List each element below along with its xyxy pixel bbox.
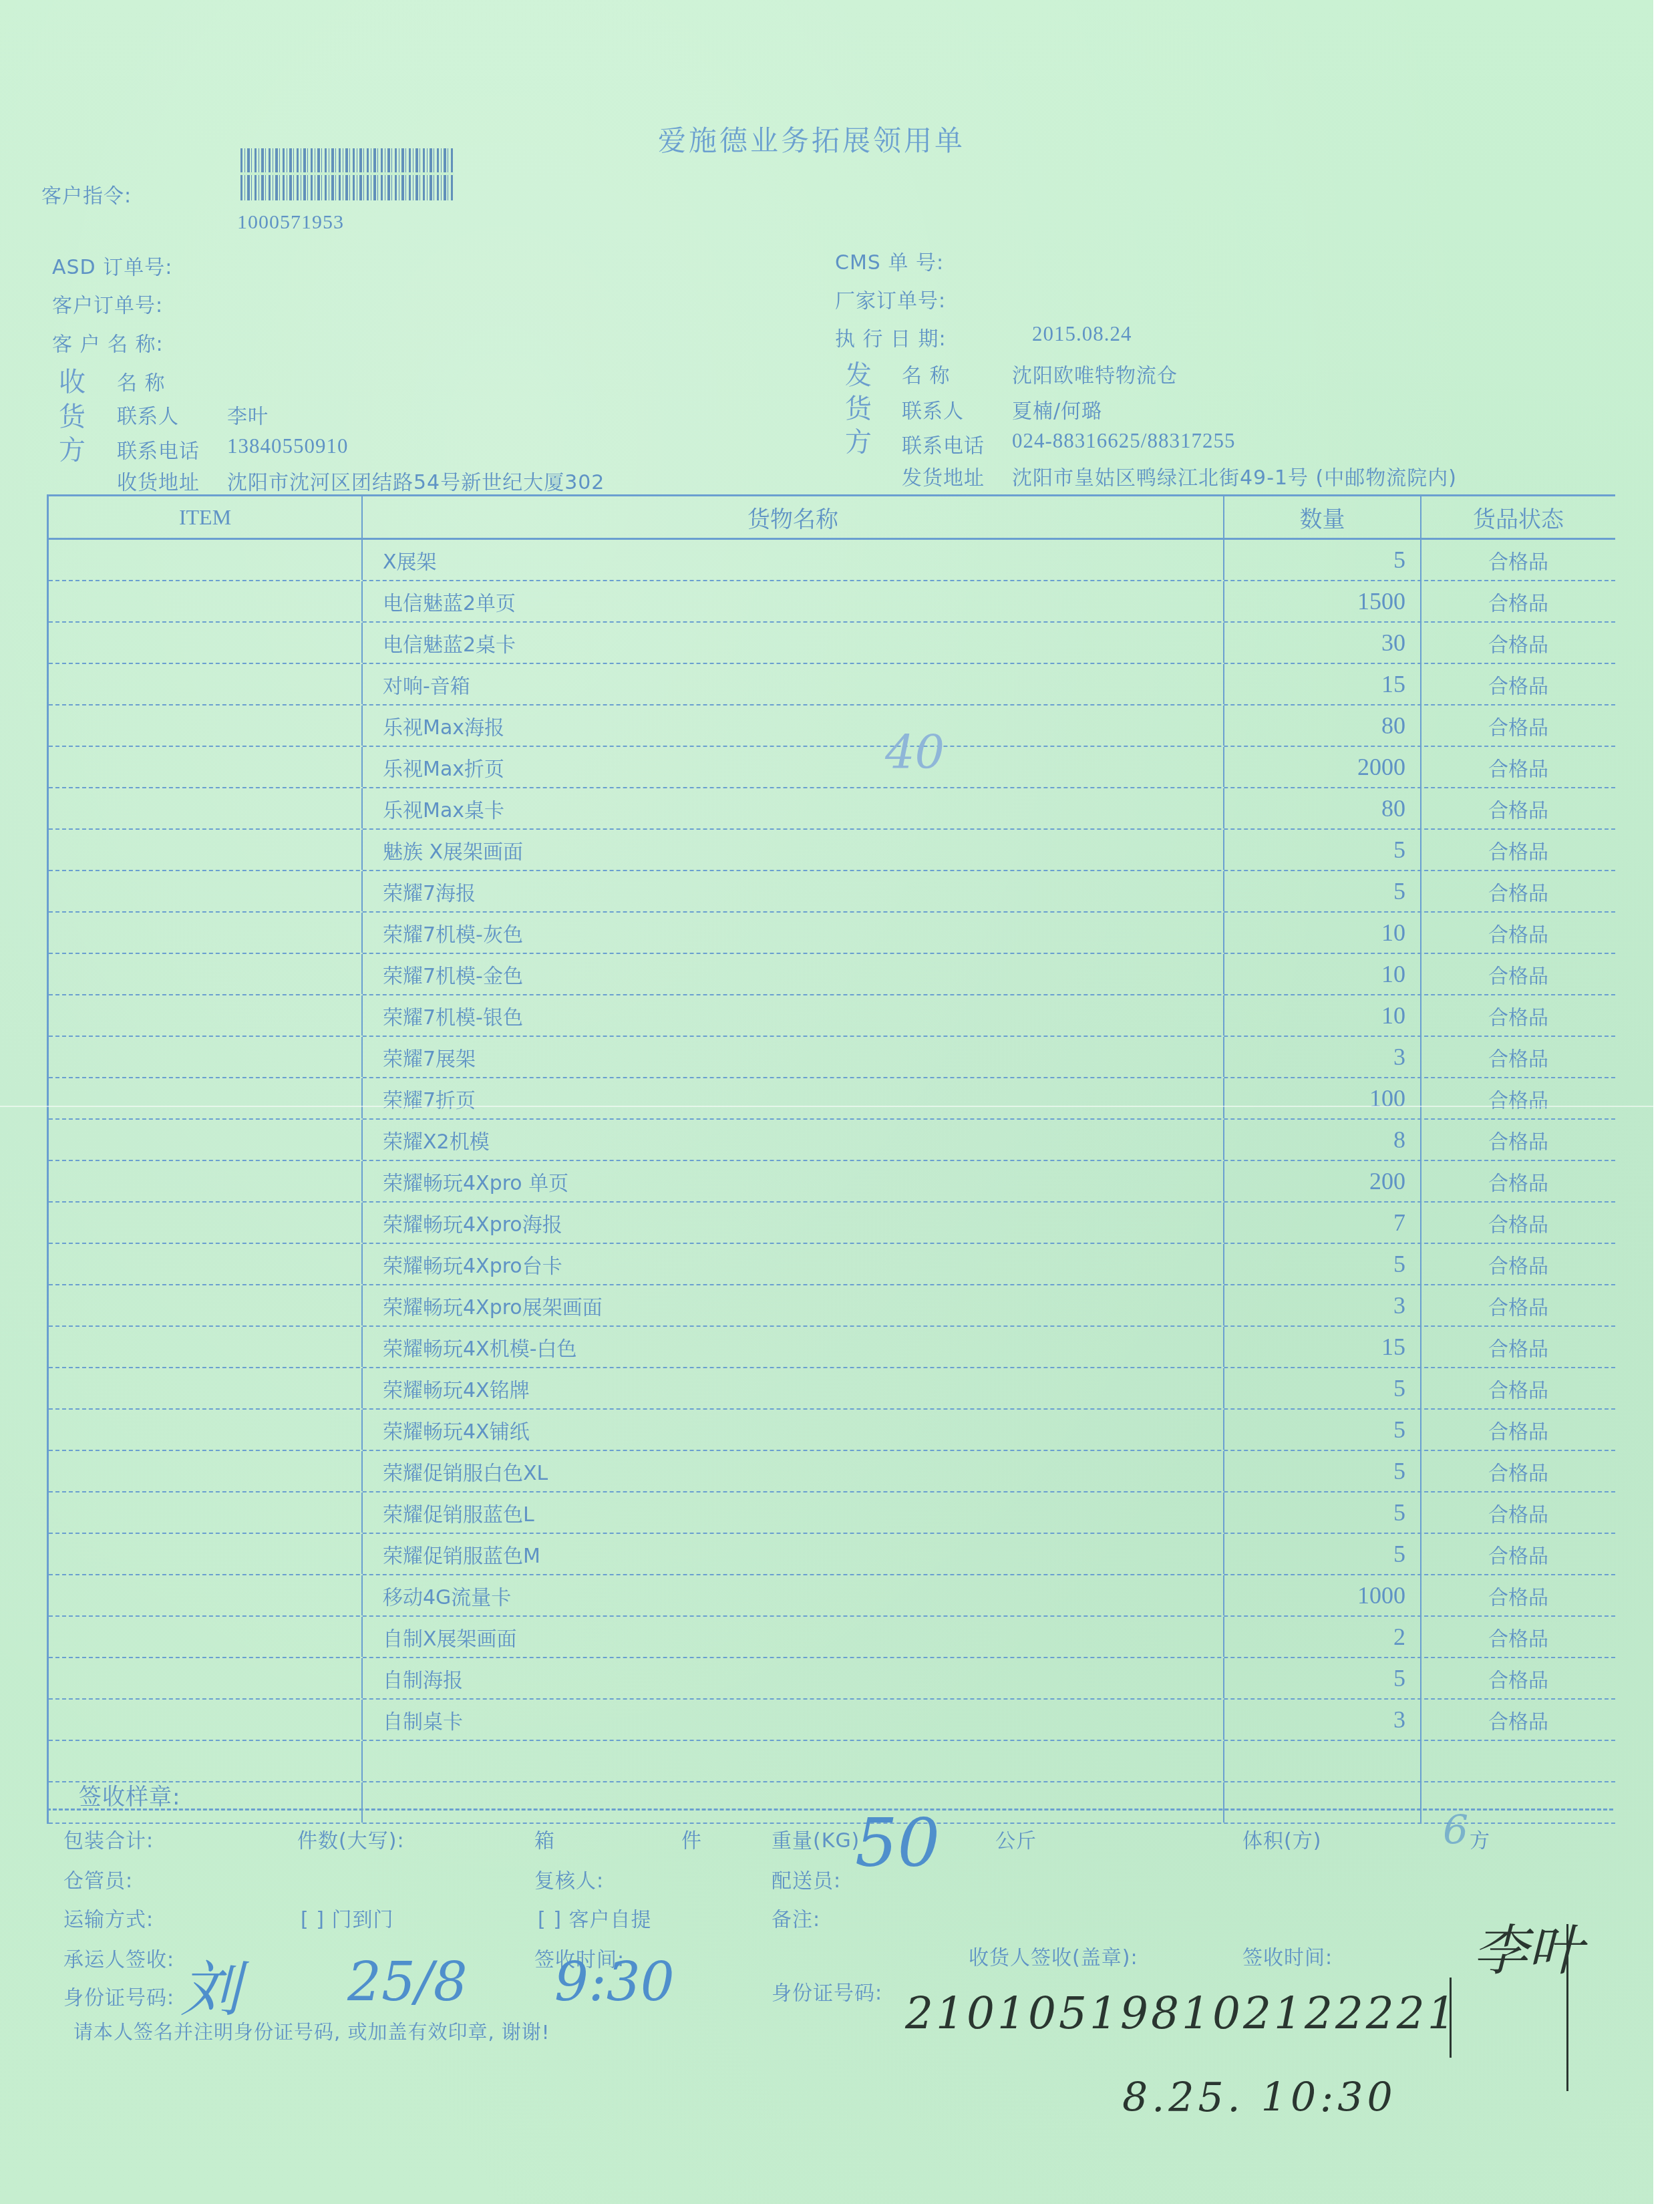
sender-side-char-2: 货 <box>845 387 872 426</box>
receiver-id-handwritten: 210105198102122221 <box>905 1988 1458 2039</box>
package-total-label: 包装合计: <box>63 1824 154 1853</box>
row-status-cell: 合格品 <box>1421 1410 1615 1450</box>
row-status-cell: 合格品 <box>1421 705 1615 746</box>
receiver-phone-label: 联系电话 <box>117 434 200 464</box>
row-qty-cell: 5 <box>1224 1492 1421 1533</box>
pencil-annotation: 40 <box>885 725 945 780</box>
row-qty-cell: 5 <box>1224 1658 1421 1698</box>
table-row: 乐视Max折页2000合格品 <box>49 747 1615 788</box>
table-row: 荣耀7机模-金色10合格品 <box>49 954 1615 995</box>
row-qty-cell: 2000 <box>1224 747 1421 787</box>
sign-notice: 请本人签名并注明身份证号码, 或加盖有效印章, 谢谢! <box>73 2018 550 2045</box>
row-status-cell: 合格品 <box>1421 788 1615 828</box>
row-qty-cell: 100 <box>1224 1078 1421 1118</box>
carrier-id-label: 身份证号码: <box>63 1981 174 2010</box>
table-row: 荣耀畅玩4Xpro海报7合格品 <box>49 1203 1615 1244</box>
row-item-cell <box>49 1575 363 1615</box>
sender-name-label: 名 称 <box>902 359 951 388</box>
sender-side-char-3: 方 <box>845 421 872 459</box>
row-name-cell: 魅族 X展架画面 <box>363 830 1224 870</box>
row-status-cell: 合格品 <box>1421 1120 1615 1160</box>
row-status-cell: 合格品 <box>1421 747 1615 787</box>
row-qty-cell: 8 <box>1224 1120 1421 1160</box>
row-item-cell <box>49 871 363 911</box>
table-row: 电信魅蓝2单页1500合格品 <box>49 581 1615 623</box>
row-item-cell <box>49 1534 363 1574</box>
row-name-cell: 自制海报 <box>363 1658 1224 1698</box>
row-qty-cell: 10 <box>1224 995 1421 1036</box>
table-row: 荣耀7海报5合格品 <box>49 871 1615 913</box>
row-status-cell: 合格品 <box>1421 871 1615 911</box>
row-name-cell: 荣耀7海报 <box>363 871 1224 911</box>
row-name-cell: 乐视Max桌卡 <box>363 788 1224 828</box>
row-status-cell: 合格品 <box>1421 1161 1615 1201</box>
weight-unit: 公斤 <box>995 1824 1037 1853</box>
row-name-cell: 荣耀促销服白色XL <box>363 1451 1224 1491</box>
row-status-cell: 合格品 <box>1421 1617 1615 1657</box>
weight-value-handwritten: 50 <box>855 1804 940 1882</box>
transport-option-door[interactable]: [ ] 门到门 <box>301 1903 393 1932</box>
row-name-cell: 自制桌卡 <box>363 1700 1224 1740</box>
table-row: 对响-音箱15合格品 <box>49 664 1615 705</box>
row-status-cell: 合格品 <box>1421 995 1615 1036</box>
table-row: 荣耀促销服蓝色L5合格品 <box>49 1492 1615 1534</box>
table-row: 荣耀畅玩4Xpro展架画面3合格品 <box>49 1285 1615 1327</box>
row-status-cell: 合格品 <box>1421 1244 1615 1284</box>
row-item-cell <box>49 1244 363 1284</box>
header-status: 货品状态 <box>1421 496 1615 538</box>
row-qty-cell: 5 <box>1224 871 1421 911</box>
row-name-cell: 荣耀7展架 <box>363 1037 1224 1077</box>
receiver-sign-time-label: 签收时间: <box>1242 1941 1333 1970</box>
table-row: 自制海报5合格品 <box>49 1658 1615 1700</box>
row-name-cell: X展架 <box>363 540 1224 580</box>
row-name-cell: 对响-音箱 <box>363 664 1224 704</box>
row-qty-cell: 1500 <box>1224 581 1421 621</box>
row-name-cell: 荣耀7折页 <box>363 1078 1224 1118</box>
table-row: 荣耀畅玩4Xpro台卡5合格品 <box>49 1244 1615 1285</box>
table-row: 荣耀促销服白色XL5合格品 <box>49 1451 1615 1492</box>
table-row: 移动4G流量卡1000合格品 <box>49 1575 1615 1617</box>
table-row: 荣耀促销服蓝色M5合格品 <box>49 1534 1615 1575</box>
row-item-cell <box>49 995 363 1036</box>
row-item-cell <box>49 581 363 621</box>
receiver-address-label: 收货地址 <box>117 466 200 495</box>
sender-side-char-1: 发 <box>845 354 872 392</box>
receiver-id-label: 身份证号码: <box>772 1976 882 2006</box>
row-qty-cell: 80 <box>1224 788 1421 828</box>
volume-unit: 方 <box>1470 1824 1490 1853</box>
row-name-cell: 乐视Max海报 <box>363 705 1224 746</box>
table-row: 荣耀畅玩4X铭牌5合格品 <box>49 1368 1615 1410</box>
row-status-cell: 合格品 <box>1421 1700 1615 1740</box>
row-name-cell: 自制X展架画面 <box>363 1617 1224 1657</box>
receiver-time-handwritten: 8.25. 10:30 <box>1122 2074 1397 2121</box>
exec-date-label: 执 行 日 期: <box>835 322 947 351</box>
piece-label: 件 <box>681 1824 702 1853</box>
warehouse-keeper-label: 仓管员: <box>63 1864 133 1893</box>
row-status-cell: 合格品 <box>1421 664 1615 704</box>
row-qty-cell: 15 <box>1224 1327 1421 1367</box>
row-name-cell: 荣耀畅玩4Xpro 单页 <box>363 1161 1224 1201</box>
row-status-cell: 合格品 <box>1421 954 1615 994</box>
table-row: 乐视Max海报80合格品 <box>49 705 1615 747</box>
cms-label: CMS 单 号: <box>835 246 944 275</box>
row-qty-cell: 5 <box>1224 1368 1421 1408</box>
factory-order-label: 厂家订单号: <box>835 284 946 313</box>
sign-stamp-row: 签收样章: <box>47 1772 1613 1811</box>
table-row: 荣耀7机模-灰色10合格品 <box>49 913 1615 954</box>
scan-edge <box>1653 0 1680 2204</box>
row-status-cell: 合格品 <box>1421 1575 1615 1615</box>
receiver-side-char-1: 收 <box>59 361 86 399</box>
receiver-side-char-3: 方 <box>59 429 86 467</box>
pieces-label: 件数(大写): <box>297 1824 405 1853</box>
transport-label: 运输方式: <box>63 1903 154 1932</box>
table-row: 电信魅蓝2桌卡30合格品 <box>49 623 1615 664</box>
row-qty-cell: 5 <box>1224 830 1421 870</box>
sender-name-value: 沈阳欧唯特物流仓 <box>1012 359 1178 388</box>
paper-fold <box>0 1106 1680 1107</box>
row-name-cell: 荣耀畅玩4X铺纸 <box>363 1410 1224 1450</box>
row-name-cell: 荣耀7机模-灰色 <box>363 913 1224 953</box>
row-status-cell: 合格品 <box>1421 1658 1615 1698</box>
row-name-cell: 荣耀7机模-银色 <box>363 995 1224 1036</box>
row-name-cell: 移动4G流量卡 <box>363 1575 1224 1615</box>
customer-name-label: 客 户 名 称: <box>52 327 164 357</box>
row-item-cell <box>49 664 363 704</box>
barcode-number: 1000571953 <box>237 211 344 234</box>
receiver-address-value: 沈阳市沈河区团结路54号新世纪大厦302 <box>227 466 605 495</box>
row-item-cell <box>49 1410 363 1450</box>
table-row: 自制桌卡3合格品 <box>49 1700 1615 1741</box>
row-qty-cell: 3 <box>1224 1700 1421 1740</box>
row-item-cell <box>49 954 363 994</box>
table-row: 乐视Max桌卡80合格品 <box>49 788 1615 830</box>
row-qty-cell: 5 <box>1224 1244 1421 1284</box>
table-row: 荣耀畅玩4Xpro 单页200合格品 <box>49 1161 1615 1203</box>
items-table: ITEM 货物名称 数量 货品状态 X展架5合格品电信魅蓝2单页1500合格品电… <box>47 494 1615 1824</box>
row-status-cell: 合格品 <box>1421 1534 1615 1574</box>
row-item-cell <box>49 747 363 787</box>
row-qty-cell: 200 <box>1224 1161 1421 1201</box>
asd-order-label: ASD 订单号: <box>52 251 172 280</box>
row-qty-cell: 5 <box>1224 1534 1421 1574</box>
table-row: 荣耀7机模-银色10合格品 <box>49 995 1615 1037</box>
header-item: ITEM <box>49 496 363 538</box>
carrier-signature-handwritten: 刘 <box>180 1941 240 2028</box>
row-status-cell: 合格品 <box>1421 913 1615 953</box>
weight-label: 重量(KG) <box>772 1824 860 1853</box>
row-qty-cell: 80 <box>1224 705 1421 746</box>
table-row: X展架5合格品 <box>49 540 1615 581</box>
row-qty-cell: 5 <box>1224 540 1421 580</box>
sender-contact-value: 夏楠/何璐 <box>1012 394 1102 424</box>
barcode <box>240 148 454 200</box>
row-name-cell: 荣耀畅玩4X机模-白色 <box>363 1327 1224 1367</box>
row-item-cell <box>49 788 363 828</box>
row-status-cell: 合格品 <box>1421 1492 1615 1533</box>
row-name-cell: 荣耀X2机模 <box>363 1120 1224 1160</box>
receiver-phone-value: 13840550910 <box>227 434 349 458</box>
row-status-cell: 合格品 <box>1421 1327 1615 1367</box>
row-item-cell <box>49 1617 363 1657</box>
row-status-cell: 合格品 <box>1421 830 1615 870</box>
row-item-cell <box>49 1658 363 1698</box>
row-item-cell <box>49 1492 363 1533</box>
row-qty-cell: 2 <box>1224 1617 1421 1657</box>
row-item-cell <box>49 705 363 746</box>
row-name-cell: 荣耀7机模-金色 <box>363 954 1224 994</box>
table-body: X展架5合格品电信魅蓝2单页1500合格品电信魅蓝2桌卡30合格品对响-音箱15… <box>49 540 1615 1824</box>
row-item-cell <box>49 540 363 580</box>
exec-date-value: 2015.08.24 <box>1032 322 1132 346</box>
row-item-cell <box>49 1368 363 1408</box>
row-name-cell: 荣耀畅玩4X铭牌 <box>363 1368 1224 1408</box>
box-label: 箱 <box>534 1824 555 1853</box>
document-title: 爱施德业务拓展领用单 <box>658 119 965 159</box>
row-status-cell: 合格品 <box>1421 540 1615 580</box>
row-qty-cell: 5 <box>1224 1410 1421 1450</box>
table-row: 魅族 X展架画面5合格品 <box>49 830 1615 871</box>
row-item-cell <box>49 1451 363 1491</box>
remarks-label: 备注: <box>772 1903 820 1932</box>
table-row: 荣耀7展架3合格品 <box>49 1037 1615 1078</box>
row-item-cell <box>49 1120 363 1160</box>
sender-address-value: 沈阳市皇姑区鸭绿江北街49-1号 (中邮物流院内) <box>1012 461 1457 490</box>
row-qty-cell: 1000 <box>1224 1575 1421 1615</box>
receiver-sign-label: 收货人签收(盖章): <box>969 1941 1138 1970</box>
row-qty-cell: 10 <box>1224 954 1421 994</box>
receiver-contact-label: 联系人 <box>117 400 179 429</box>
row-qty-cell: 15 <box>1224 664 1421 704</box>
row-item-cell <box>49 1700 363 1740</box>
row-item-cell <box>49 1285 363 1325</box>
table-row: 荣耀X2机模8合格品 <box>49 1120 1615 1161</box>
customer-order-label: 客户订单号: <box>52 289 163 318</box>
handwritten-stroke-2 <box>1566 1924 1568 2091</box>
volume-label: 体积(方) <box>1242 1824 1321 1853</box>
row-status-cell: 合格品 <box>1421 1451 1615 1491</box>
row-name-cell: 荣耀促销服蓝色L <box>363 1492 1224 1533</box>
sender-phone-label: 联系电话 <box>902 429 985 458</box>
table-row: 自制X展架画面2合格品 <box>49 1617 1615 1658</box>
row-item-cell <box>49 1161 363 1201</box>
receiver-contact-value: 李叶 <box>227 400 269 429</box>
sign-stamp-label: 签收样章: <box>79 1778 180 1811</box>
sender-phone-value: 024-88316625/88317255 <box>1012 429 1235 453</box>
row-item-cell <box>49 623 363 663</box>
header-qty: 数量 <box>1224 496 1421 538</box>
receiver-side-char-2: 货 <box>59 396 86 434</box>
row-item-cell <box>49 1078 363 1118</box>
row-qty-cell: 3 <box>1224 1037 1421 1077</box>
row-name-cell: 荣耀畅玩4Xpro海报 <box>363 1203 1224 1243</box>
table-header-row: ITEM 货物名称 数量 货品状态 <box>49 496 1615 540</box>
row-qty-cell: 30 <box>1224 623 1421 663</box>
carrier-sign-label: 承运人签收: <box>63 1943 174 1972</box>
row-status-cell: 合格品 <box>1421 581 1615 621</box>
carrier-time-handwritten: 9:30 <box>554 1951 675 2013</box>
row-name-cell: 荣耀畅玩4Xpro台卡 <box>363 1244 1224 1284</box>
header-name: 货物名称 <box>363 496 1224 538</box>
table-row: 荣耀7折页100合格品 <box>49 1078 1615 1120</box>
row-item-cell <box>49 1037 363 1077</box>
row-item-cell <box>49 913 363 953</box>
receiver-name-label: 名 称 <box>117 366 166 396</box>
row-status-cell: 合格品 <box>1421 1037 1615 1077</box>
row-qty-cell: 3 <box>1224 1285 1421 1325</box>
row-status-cell: 合格品 <box>1421 1285 1615 1325</box>
row-name-cell: 乐视Max折页 <box>363 747 1224 787</box>
transport-option-pickup[interactable]: [ ] 客户自提 <box>538 1903 651 1932</box>
customer-instruction-label: 客户指令: <box>41 179 132 208</box>
dispatcher-label: 配送员: <box>772 1864 841 1893</box>
carrier-date-handwritten: 25/8 <box>347 1951 468 2013</box>
volume-value-handwritten: 6 <box>1443 1807 1468 1854</box>
row-name-cell: 电信魅蓝2桌卡 <box>363 623 1224 663</box>
row-status-cell: 合格品 <box>1421 1078 1615 1118</box>
handwritten-stroke-1 <box>1450 1978 1452 2058</box>
reviewer-label: 复核人: <box>534 1864 604 1893</box>
row-status-cell: 合格品 <box>1421 1368 1615 1408</box>
row-item-cell <box>49 830 363 870</box>
row-name-cell: 电信魅蓝2单页 <box>363 581 1224 621</box>
row-item-cell <box>49 1203 363 1243</box>
sender-contact-label: 联系人 <box>902 394 964 424</box>
sender-address-label: 发货地址 <box>902 461 985 490</box>
table-row: 荣耀畅玩4X机模-白色15合格品 <box>49 1327 1615 1368</box>
row-status-cell: 合格品 <box>1421 1203 1615 1243</box>
row-name-cell: 荣耀畅玩4Xpro展架画面 <box>363 1285 1224 1325</box>
row-qty-cell: 5 <box>1224 1451 1421 1491</box>
row-item-cell <box>49 1327 363 1367</box>
row-qty-cell: 10 <box>1224 913 1421 953</box>
row-qty-cell: 7 <box>1224 1203 1421 1243</box>
table-row: 荣耀畅玩4X铺纸5合格品 <box>49 1410 1615 1451</box>
row-status-cell: 合格品 <box>1421 623 1615 663</box>
row-name-cell: 荣耀促销服蓝色M <box>363 1534 1224 1574</box>
